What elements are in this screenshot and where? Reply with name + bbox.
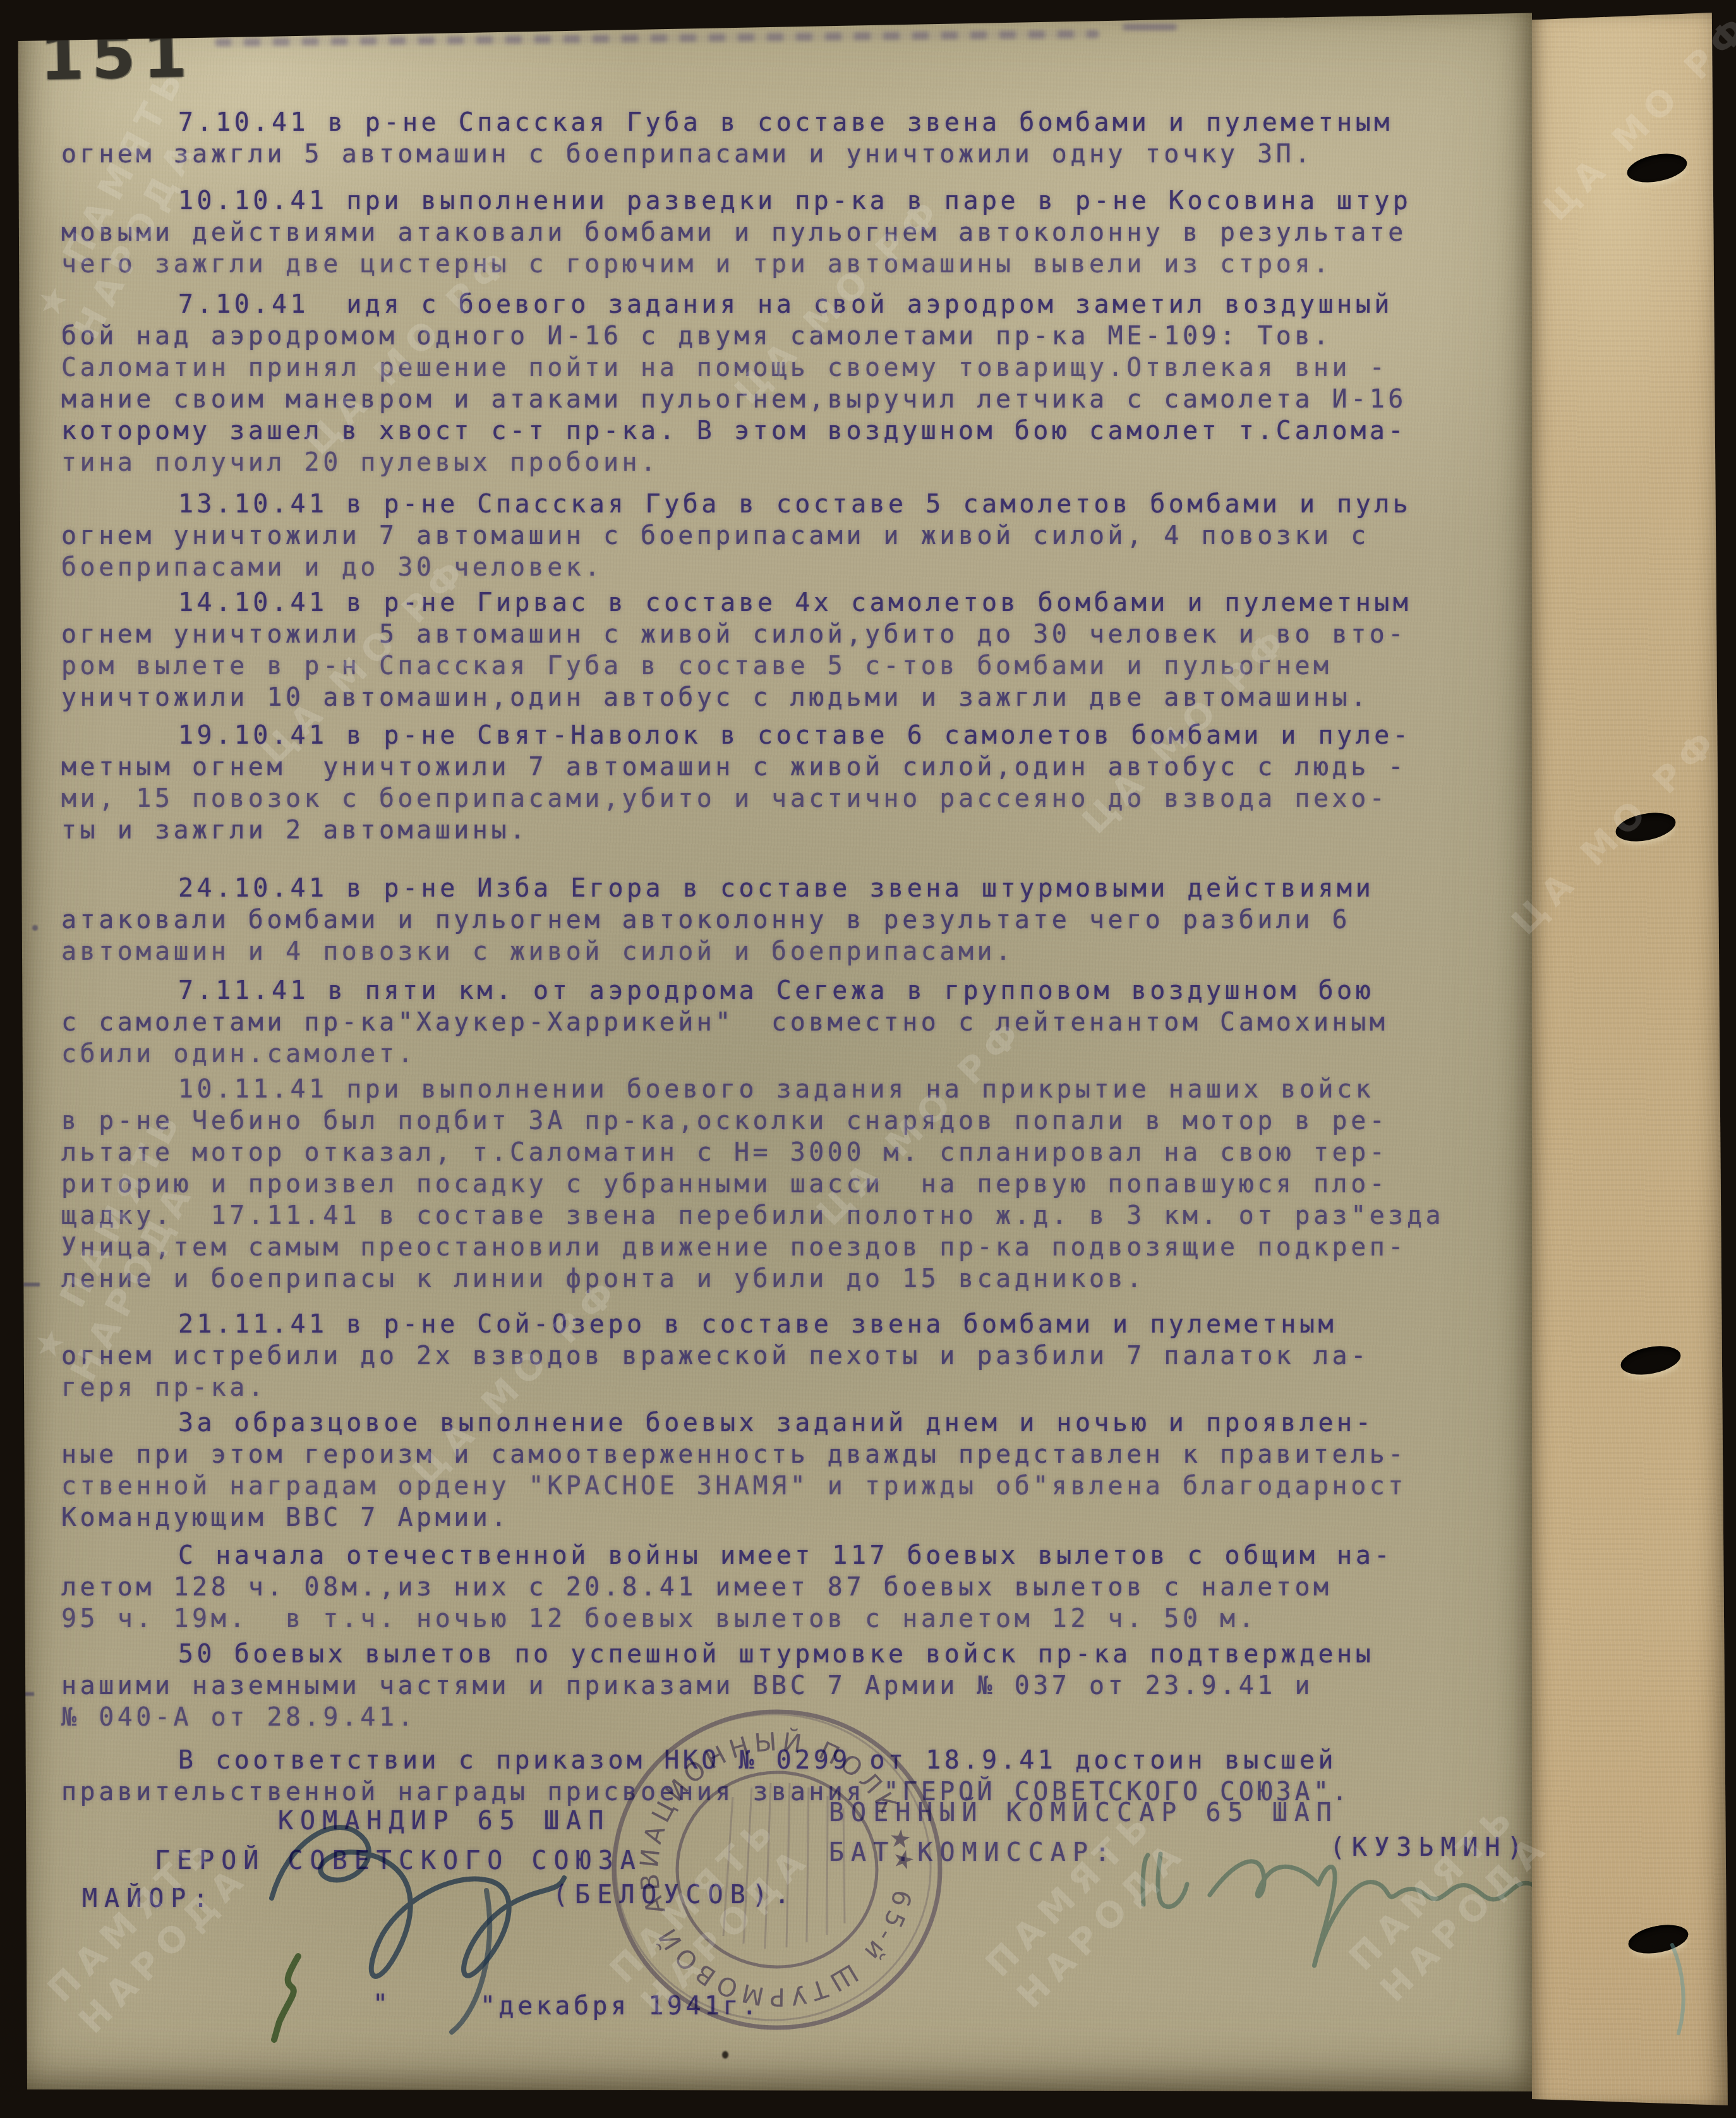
text-line: Уница,тем самым преостановили движение п… <box>61 1231 1528 1263</box>
text-line: огнем уничтожили 7 автомашин с боеприпас… <box>61 520 1528 552</box>
commander-surname: (БЕЛОУСОВ). <box>553 1880 797 1909</box>
text-line: щадку. 17.11.41 в составе звена перебили… <box>61 1200 1528 1231</box>
page-number: 151 <box>39 17 195 94</box>
text-line: риторию и произвел посадку с убранными ш… <box>61 1168 1528 1200</box>
paragraph: 10.10.41 при выполнении разведки пр-ка в… <box>61 185 1528 280</box>
text-line: ные при этом героизм и самоотверженность… <box>61 1439 1528 1470</box>
text-line: 7.10.41 в р-не Спасская Губа в составе з… <box>61 107 1528 138</box>
text-line: 21.11.41 в р-не Сой-Озеро в составе звен… <box>61 1309 1528 1340</box>
commissar-signature-ink <box>1143 1854 1532 1966</box>
text-line: ром вылете в р-н Спасская Губа в составе… <box>61 650 1528 682</box>
text-line: 50 боевых вылетов по успешной штурмовке … <box>61 1638 1528 1670</box>
paragraph: 14.10.41 в р-не Гирвас в составе 4х само… <box>61 587 1528 713</box>
text-line: 7.11.41 в пяти км. от аэродрома Сегежа в… <box>61 975 1528 1007</box>
paragraph: За образцовое выполнение боевых заданий … <box>61 1407 1528 1534</box>
paragraph: С начала отечественной войны имеет 117 б… <box>61 1540 1528 1635</box>
ink-dot <box>32 925 38 931</box>
text-line: 95 ч. 19м. в т.ч. ночью 12 боевых вылето… <box>61 1603 1528 1635</box>
text-line: № 040-А от 28.9.41. <box>61 1702 1528 1733</box>
text-line: с самолетами пр-ка"Хаукер-Харрикейн" сов… <box>61 1007 1528 1038</box>
text-line: геря пр-ка. <box>61 1372 1528 1403</box>
commander-honor-title: ГЕРОЙ СОВЕТСКОГО СОЮЗА <box>155 1846 642 1875</box>
paragraph: 24.10.41 в р-не Изба Егора в составе зве… <box>61 873 1528 967</box>
ink-speck <box>722 2051 728 2059</box>
paragraph: 21.11.41 в р-не Сой-Озеро в составе звен… <box>61 1309 1528 1403</box>
text-line: в р-не Чебино был подбит ЗА пр-ка,осколк… <box>61 1105 1528 1137</box>
text-line: С начала отечественной войны имеет 117 б… <box>61 1540 1528 1571</box>
paragraph: 10.11.41 при выполнении боевого задания … <box>61 1074 1528 1295</box>
text-line: ственной наградам ордену "КРАСНОЕ ЗНАМЯ"… <box>61 1470 1528 1502</box>
text-line: льтате мотор отказал, т.Саломатин с Н= 3… <box>61 1137 1528 1168</box>
text-line: 10.11.41 при выполнении боевого задания … <box>61 1074 1528 1105</box>
text-line: метным огнем уничтожили 7 автомашин с жи… <box>61 751 1528 783</box>
text-line: огнем истребили до 2х взводов вражеской … <box>61 1340 1528 1372</box>
text-line: нашими наземными частями и приказами ВВС… <box>61 1670 1528 1702</box>
text-line: 10.10.41 при выполнении разведки пр-ка в… <box>61 185 1528 217</box>
text-line: летом 128 ч. 08м.,из них с 20.8.41 имеет… <box>61 1571 1528 1603</box>
carbon-smudge-small <box>1123 24 1177 30</box>
text-line: тина получил 20 пулевых пробоин. <box>61 447 1528 478</box>
text-line: 7.10.41 идя с боевого задания на свой аэ… <box>61 289 1528 320</box>
text-line: бой над аэродромом одного И-16 с двумя с… <box>61 320 1528 352</box>
paragraph: 7.10.41 идя с боевого задания на свой аэ… <box>61 289 1528 478</box>
document-page: 151 7.10.41 в р-не Спасская Губа в соста… <box>16 9 1532 2091</box>
paragraph: 7.10.41 в р-не Спасская Губа в составе з… <box>61 107 1528 170</box>
text-line: боеприпасами и до 30 человек. <box>61 552 1528 583</box>
text-line: огнем уничтожили 5 автомашин с живой сил… <box>61 619 1528 650</box>
text-line: 24.10.41 в р-не Изба Егора в составе зве… <box>61 873 1528 904</box>
scan-background: 151 7.10.41 в р-не Спасская Губа в соста… <box>0 0 1736 2118</box>
date-day-handwritten <box>274 1956 298 2040</box>
date-quote-open: " <box>373 1990 392 2019</box>
margin-dash <box>23 1283 40 1286</box>
commander-rank: МАЙОР: <box>82 1884 215 1913</box>
paragraphs: 7.10.41 в р-не Спасская Губа в составе з… <box>61 107 1528 1808</box>
paragraph: 50 боевых вылетов по успешной штурмовке … <box>61 1638 1528 1733</box>
text-line: ты и зажгли 2 автомашины. <box>61 814 1528 846</box>
commissar-rank: БАТ.КОМИССАР: <box>829 1838 1117 1867</box>
carbon-smudge <box>215 30 1099 46</box>
text-line: мание своим маневром и атаками пульогнем… <box>61 384 1528 415</box>
stray-ink-mark <box>1532 13 1730 2105</box>
paragraph: 13.10.41 в р-не Спасская Губа в составе … <box>61 488 1528 583</box>
text-line: мовыми действиями атаковали бомбами и пу… <box>61 217 1528 248</box>
paragraph: 7.11.41 в пяти км. от аэродрома Сегежа в… <box>61 975 1528 1070</box>
text-line: Саломатин принял решение пойти на помощь… <box>61 352 1528 384</box>
margin-dash <box>19 1692 34 1696</box>
text-line: чего зажгли две цистерны с горючим и три… <box>61 248 1528 280</box>
text-line: которому зашел в хвост с-т пр-ка. В этом… <box>61 415 1528 447</box>
text-line: Командующим ВВС 7 Армии. <box>61 1502 1528 1534</box>
text-line: огнем зажгли 5 автомашин с боеприпасами … <box>61 138 1528 170</box>
text-line: 19.10.41 в р-не Свят-Наволок в составе 6… <box>61 720 1528 751</box>
text-line: В соответствии с приказом НКО № 0299 от … <box>61 1745 1528 1776</box>
text-line: 14.10.41 в р-не Гирвас в составе 4х само… <box>61 587 1528 619</box>
text-line: автомашин и 4 повозки с живой силой и бо… <box>61 936 1528 967</box>
text-line: атаковали бомбами и пульогнем автоколонн… <box>61 904 1528 936</box>
text-line: уничтожили 10 автомашин,один автобус с л… <box>61 682 1528 713</box>
text-line: За образцовое выполнение боевых заданий … <box>61 1407 1528 1439</box>
commissar-title: ВОЕННЫЙ КОМИССАР 65 ШАП <box>829 1798 1339 1827</box>
commander-title: КОМАНДИР 65 ШАП <box>278 1806 610 1836</box>
text-line: сбили один.самолет. <box>61 1038 1528 1070</box>
adjacent-page-edge <box>1532 13 1730 2105</box>
text-line: ление и боеприпасы к линии фронта и убил… <box>61 1263 1528 1295</box>
text-line: ми, 15 повозок с боеприпасами,убито и ча… <box>61 783 1528 814</box>
paragraph: 19.10.41 в р-не Свят-Наволок в составе 6… <box>61 720 1528 846</box>
date-text: "декабря 1941г. <box>480 1992 761 2021</box>
text-line: 13.10.41 в р-не Спасская Губа в составе … <box>61 488 1528 520</box>
commissar-surname: (КУЗЬМИН) <box>1330 1833 1529 1862</box>
